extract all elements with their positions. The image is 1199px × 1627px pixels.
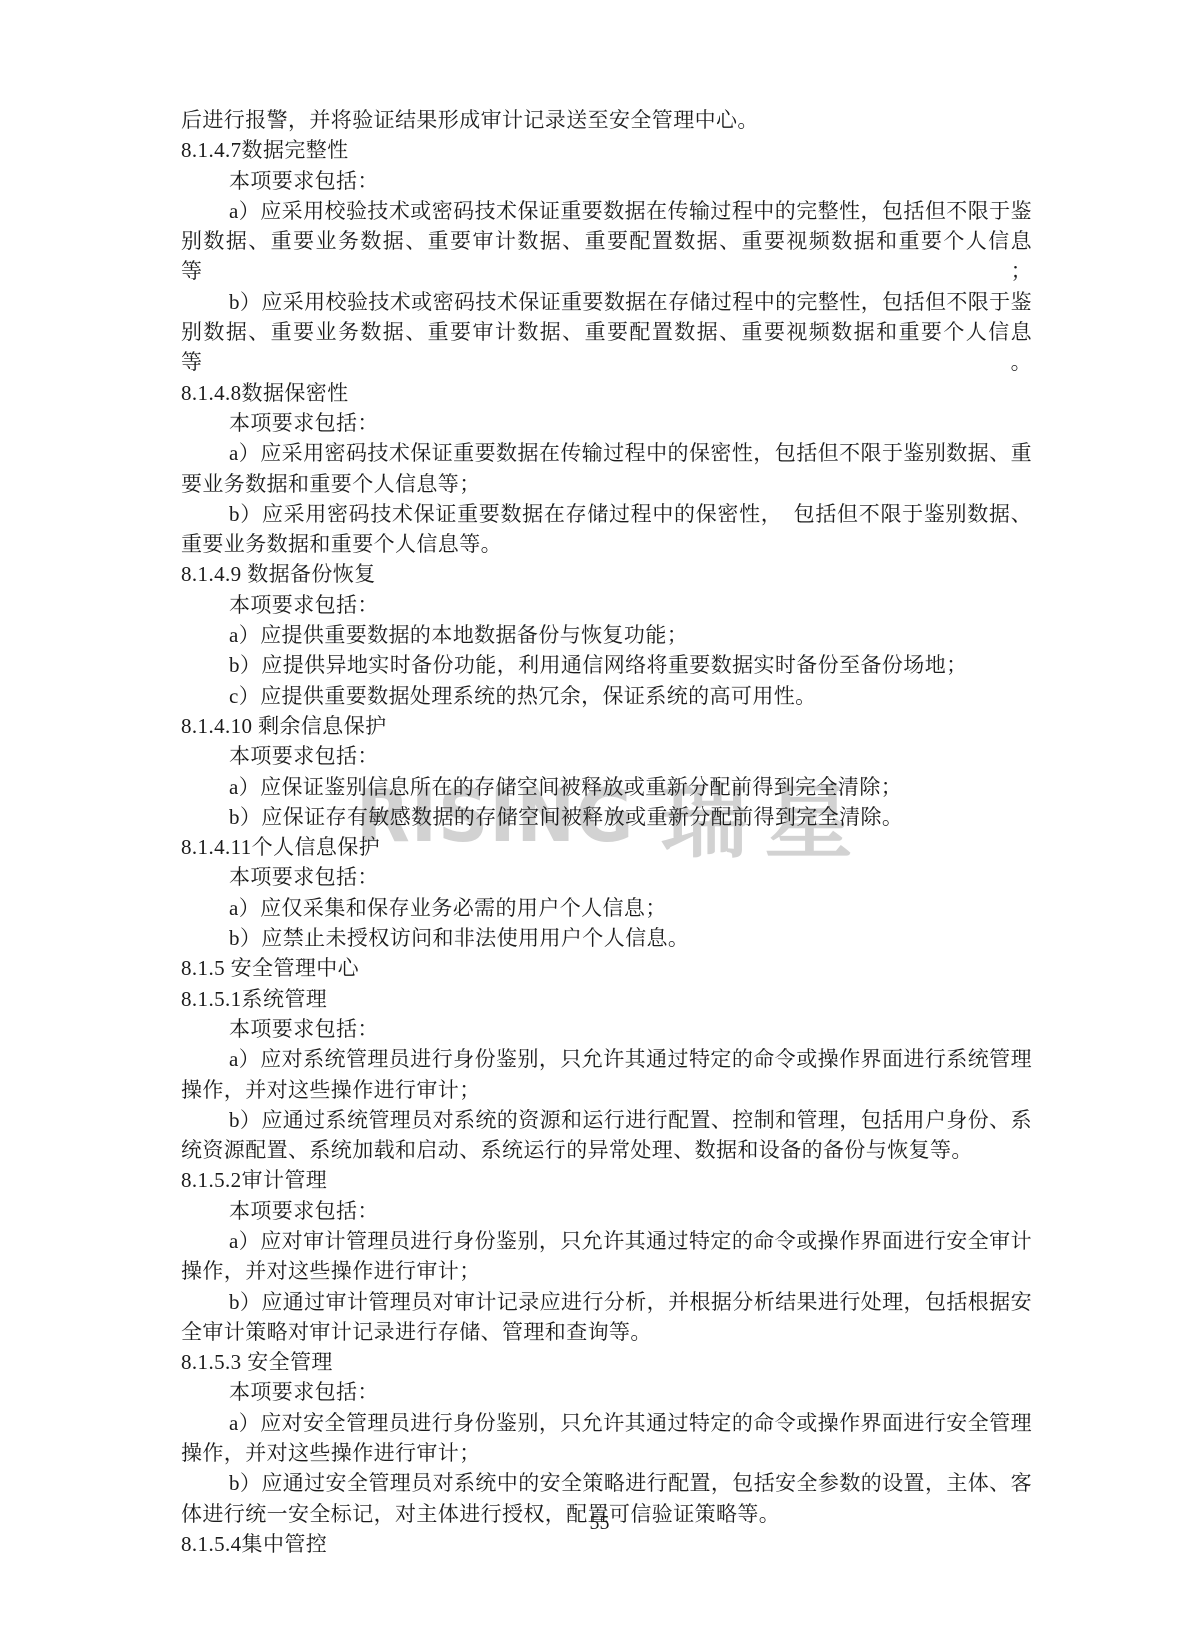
text-line: 8.1.5 安全管理中心 <box>181 953 1032 983</box>
text-line: 操作，并对这些操作进行审计； <box>181 1438 1032 1468</box>
text-line: b）应采用校验技术或密码技术保证重要数据在存储过程中的完整性，包括但不限于鉴 <box>181 287 1032 317</box>
text-line: 8.1.5.1系统管理 <box>181 984 1032 1014</box>
page-number: 55 <box>0 1512 1199 1535</box>
text-line: b）应通过安全管理员对系统中的安全策略进行配置，包括安全参数的设置，主体、客 <box>181 1468 1032 1498</box>
document-page: RISING 瑞星 后进行报警，并将验证结果形成审计记录送至安全管理中心。8.1… <box>0 0 1199 1627</box>
text-line: 统资源配置、系统加载和启动、系统运行的异常处理、数据和设备的备份与恢复等。 <box>181 1135 1032 1165</box>
text-line: 8.1.4.9 数据备份恢复 <box>181 559 1032 589</box>
text-line: 别数据、重要业务数据、重要审计数据、重要配置数据、重要视频数据和重要个人信息等。 <box>181 317 1032 378</box>
text-line: b）应通过审计管理员对审计记录应进行分析，并根据分析结果进行处理，包括根据安 <box>181 1287 1032 1317</box>
text-line: a）应提供重要数据的本地数据备份与恢复功能； <box>181 620 1032 650</box>
text-line: 8.1.4.8数据保密性 <box>181 378 1032 408</box>
text-line: 8.1.4.11个人信息保护 <box>181 832 1032 862</box>
text-line: a）应仅采集和保存业务必需的用户个人信息； <box>181 893 1032 923</box>
text-line: a）应对审计管理员进行身份鉴别，只允许其通过特定的命令或操作界面进行安全审计 <box>181 1226 1032 1256</box>
text-line: 本项要求包括： <box>181 862 1032 892</box>
text-line: a）应对系统管理员进行身份鉴别，只允许其通过特定的命令或操作界面进行系统管理 <box>181 1044 1032 1074</box>
text-line: 8.1.4.7数据完整性 <box>181 135 1032 165</box>
text-line: c）应提供重要数据处理系统的热冗余，保证系统的高可用性。 <box>181 681 1032 711</box>
text-line: 本项要求包括： <box>181 741 1032 771</box>
text-line: 本项要求包括： <box>181 590 1032 620</box>
text-line: 全审计策略对审计记录进行存储、管理和查询等。 <box>181 1317 1032 1347</box>
text-line: 本项要求包括： <box>181 166 1032 196</box>
text-line: b）应通过系统管理员对系统的资源和运行进行配置、控制和管理，包括用户身份、系 <box>181 1105 1032 1135</box>
text-line: 重要业务数据和重要个人信息等。 <box>181 529 1032 559</box>
text-line: a）应采用校验技术或密码技术保证重要数据在传输过程中的完整性，包括但不限于鉴 <box>181 196 1032 226</box>
text-line: b）应禁止未授权访问和非法使用用户个人信息。 <box>181 923 1032 953</box>
text-line: a）应采用密码技术保证重要数据在传输过程中的保密性，包括但不限于鉴别数据、重 <box>181 438 1032 468</box>
text-line: b）应采用密码技术保证重要数据在存储过程中的保密性， 包括但不限于鉴别数据、 <box>181 499 1032 529</box>
text-line: 后进行报警，并将验证结果形成审计记录送至安全管理中心。 <box>181 105 1032 135</box>
text-line: a）应保证鉴别信息所在的存储空间被释放或重新分配前得到完全清除； <box>181 772 1032 802</box>
text-line: b）应提供异地实时备份功能，利用通信网络将重要数据实时备份至备份场地； <box>181 650 1032 680</box>
text-line: 本项要求包括： <box>181 1014 1032 1044</box>
text-line: 本项要求包括： <box>181 1196 1032 1226</box>
text-line: 操作，并对这些操作进行审计； <box>181 1075 1032 1105</box>
text-line: a）应对安全管理员进行身份鉴别，只允许其通过特定的命令或操作界面进行安全管理 <box>181 1408 1032 1438</box>
text-line: 要业务数据和重要个人信息等； <box>181 469 1032 499</box>
text-line: 别数据、重要业务数据、重要审计数据、重要配置数据、重要视频数据和重要个人信息等； <box>181 226 1032 287</box>
text-line: 本项要求包括： <box>181 408 1032 438</box>
document-text: 后进行报警，并将验证结果形成审计记录送至安全管理中心。8.1.4.7数据完整性本… <box>181 105 1032 1559</box>
text-line: 8.1.5.2审计管理 <box>181 1165 1032 1195</box>
text-line: 本项要求包括： <box>181 1377 1032 1407</box>
text-line: 8.1.5.3 安全管理 <box>181 1347 1032 1377</box>
text-line: 8.1.4.10 剩余信息保护 <box>181 711 1032 741</box>
text-line: 操作，并对这些操作进行审计； <box>181 1256 1032 1286</box>
text-line: b）应保证存有敏感数据的存储空间被释放或重新分配前得到完全清除。 <box>181 802 1032 832</box>
